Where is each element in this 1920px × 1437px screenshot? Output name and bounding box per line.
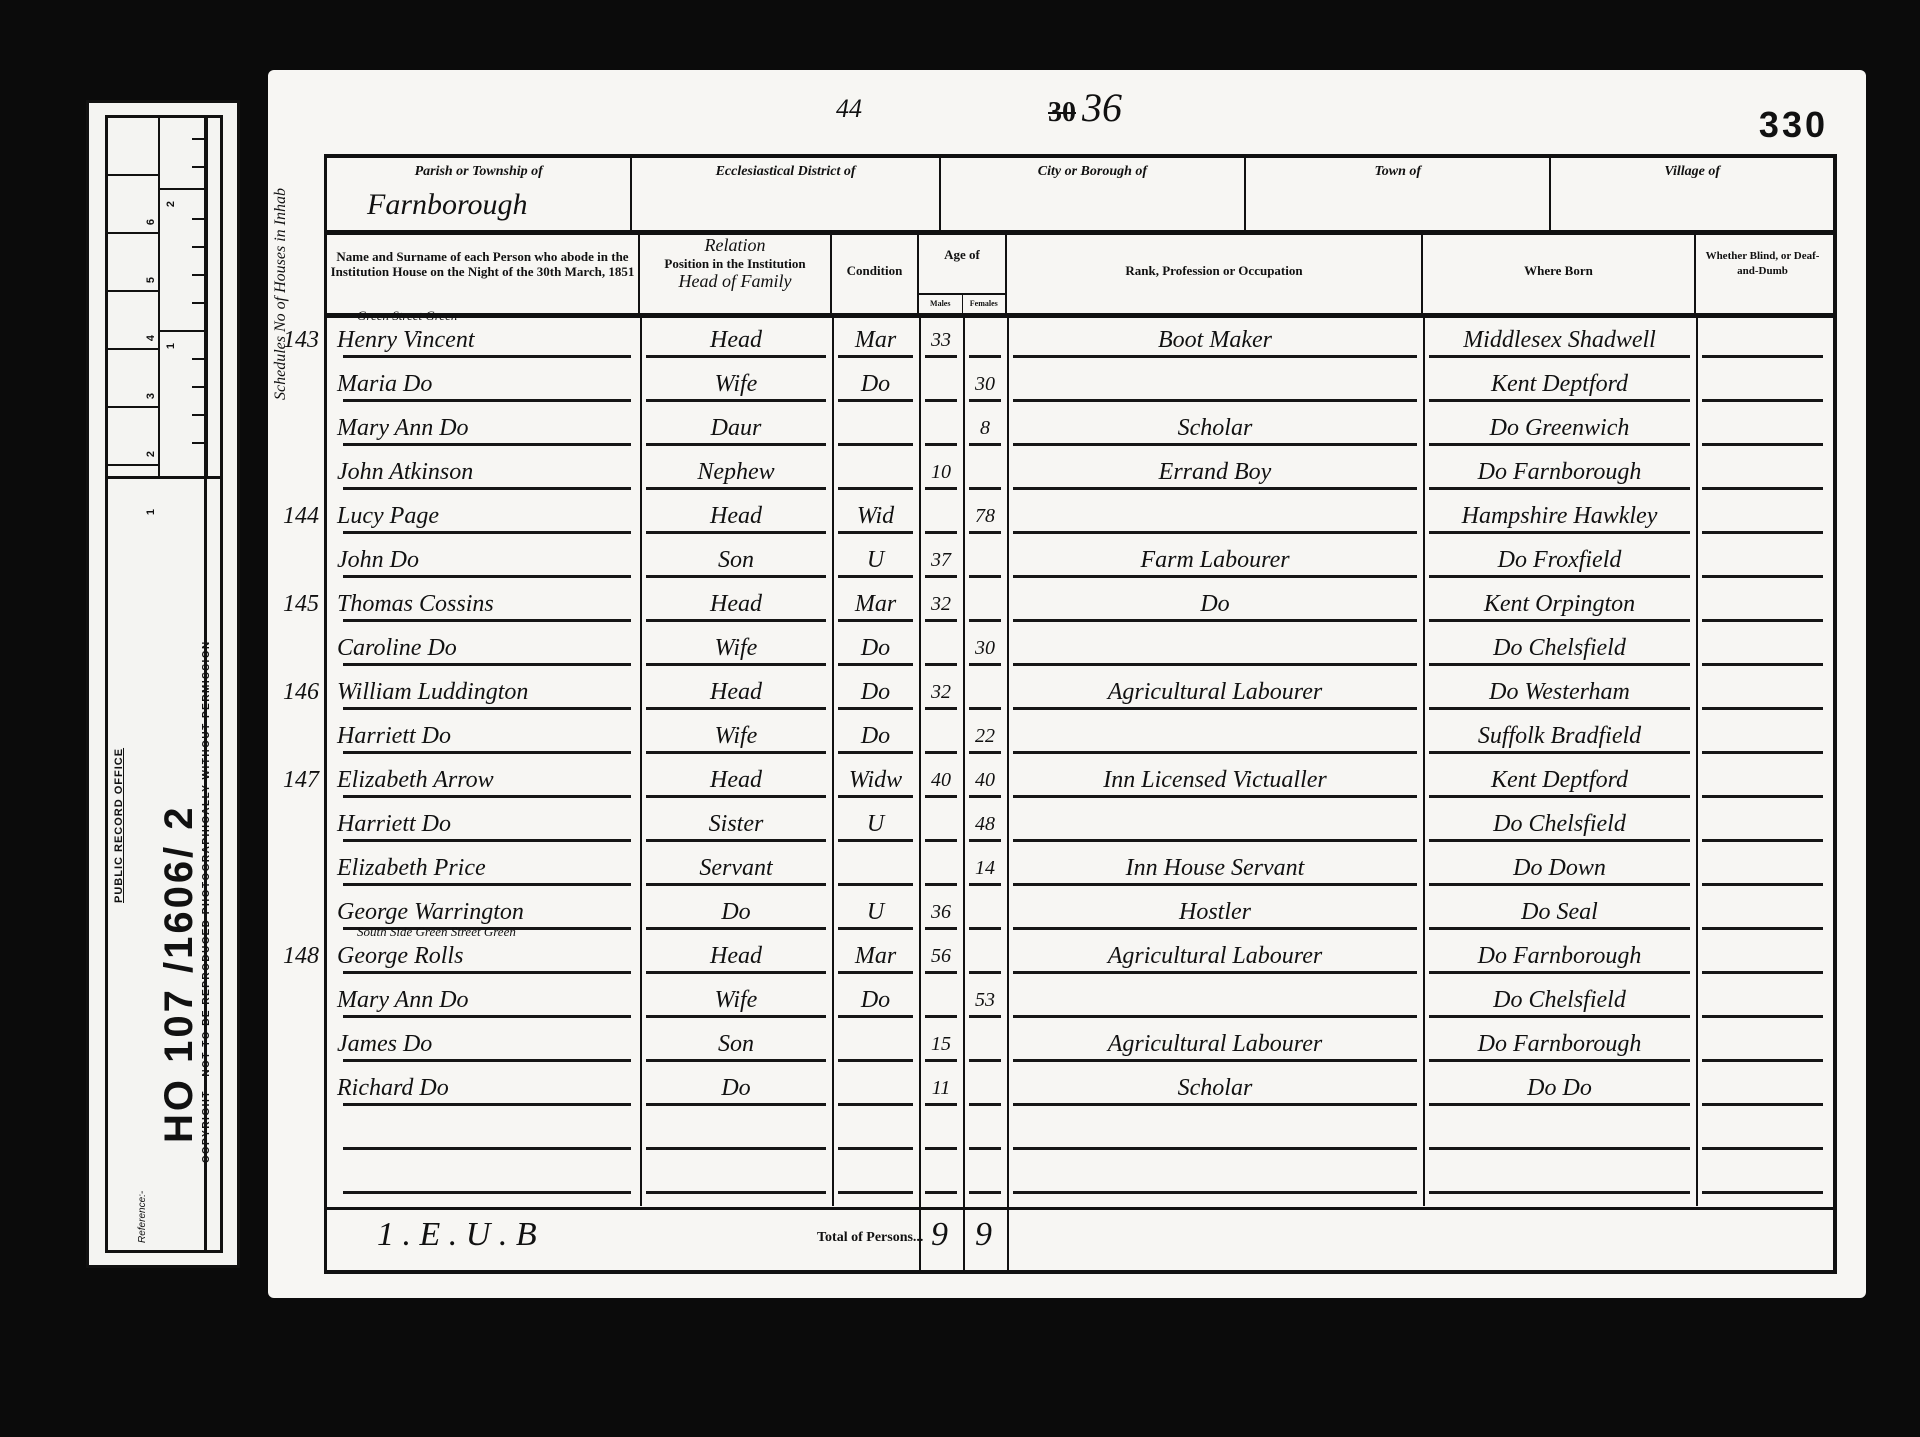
header-age: Age of MalesFemales bbox=[919, 235, 1007, 313]
header-birthplace: Where Born bbox=[1423, 235, 1696, 313]
cell-occupation bbox=[1007, 362, 1423, 406]
cell-name bbox=[337, 1110, 637, 1154]
cell-male-age: 10 bbox=[919, 450, 963, 494]
cell-condition: Do bbox=[832, 714, 919, 758]
cell-blind bbox=[1696, 538, 1829, 582]
folio-handwritten: 36 bbox=[1082, 85, 1122, 130]
location-label: Town of bbox=[1246, 164, 1549, 180]
side-note: Schedules No of Houses in Inhab bbox=[272, 188, 290, 400]
cell-female-age: 30 bbox=[963, 362, 1007, 406]
cell-male-age bbox=[919, 1154, 963, 1198]
cell-name: Harriett Do bbox=[337, 802, 637, 846]
cell-condition bbox=[832, 1110, 919, 1154]
header-blind: Whether Blind, or Deaf-and-Dumb bbox=[1696, 235, 1829, 313]
census-row: Richard DoDo11ScholarDo Do bbox=[327, 1066, 1833, 1110]
cell-birthplace: Do Chelsfield bbox=[1423, 978, 1696, 1022]
census-row: George WarringtonDoU36HostlerDo Seal bbox=[327, 890, 1833, 934]
cell-blind bbox=[1696, 318, 1829, 362]
scale-label: 2 bbox=[165, 201, 177, 207]
cell-female-age bbox=[963, 670, 1007, 714]
scale-label: 3 bbox=[145, 393, 157, 399]
cell-blind bbox=[1696, 1154, 1829, 1198]
cell-male-age: 37 bbox=[919, 538, 963, 582]
cell-condition: U bbox=[832, 890, 919, 934]
cell-blind bbox=[1696, 494, 1829, 538]
cell-male-age: 33 bbox=[919, 318, 963, 362]
census-row bbox=[327, 1154, 1833, 1198]
schedule-number: 146 bbox=[275, 670, 319, 714]
cell-condition: Widw bbox=[832, 758, 919, 802]
cell-blind bbox=[1696, 670, 1829, 714]
census-row: Maria DoWifeDo30Kent Deptford bbox=[327, 362, 1833, 406]
copyright-notice: COPYRIGHT - NOT TO BE REPRODUCED PHOTOGR… bbox=[201, 640, 212, 1163]
cell-relation: Wife bbox=[640, 978, 832, 1022]
scale-label: 2 bbox=[145, 451, 157, 457]
cell-condition bbox=[832, 1154, 919, 1198]
cell-relation: Head bbox=[640, 582, 832, 626]
scale-label: 6 bbox=[145, 219, 157, 225]
cell-blind bbox=[1696, 758, 1829, 802]
cell-relation: Head bbox=[640, 318, 832, 362]
cell-blind bbox=[1696, 934, 1829, 978]
cell-relation: Wife bbox=[640, 362, 832, 406]
cell-relation: Do bbox=[640, 1066, 832, 1110]
cell-blind bbox=[1696, 890, 1829, 934]
cell-occupation: Do bbox=[1007, 582, 1423, 626]
schedule-number: 148 bbox=[275, 934, 319, 978]
cell-relation: Wife bbox=[640, 626, 832, 670]
cell-birthplace: Do Froxfield bbox=[1423, 538, 1696, 582]
cell-female-age: 8 bbox=[963, 406, 1007, 450]
location-field: Parish or Township ofFarnborough bbox=[327, 158, 632, 230]
cell-name: George Rolls bbox=[337, 934, 637, 978]
cell-female-age: 48 bbox=[963, 802, 1007, 846]
location-label: Village of bbox=[1551, 164, 1833, 180]
cell-relation: Head bbox=[640, 670, 832, 714]
census-row: 147Elizabeth ArrowHeadWidw4040Inn Licens… bbox=[327, 758, 1833, 802]
scale-label: 4 bbox=[145, 335, 157, 341]
header-males: Males bbox=[919, 295, 963, 313]
cell-name: James Do bbox=[337, 1022, 637, 1066]
cell-female-age: 22 bbox=[963, 714, 1007, 758]
cell-birthplace: Do Farnborough bbox=[1423, 1022, 1696, 1066]
census-page: 44 3036 330 Schedules No of Houses in In… bbox=[268, 70, 1866, 1298]
header-relation: Relation Position in the Institution Hea… bbox=[640, 235, 832, 313]
census-row: 143Green Street GreenHenry VincentHeadMa… bbox=[327, 318, 1833, 362]
cell-condition: Do bbox=[832, 978, 919, 1022]
location-field: City or Borough of bbox=[941, 158, 1246, 230]
census-row: 144Lucy PageHeadWid78Hampshire Hawkley bbox=[327, 494, 1833, 538]
cell-female-age: 78 bbox=[963, 494, 1007, 538]
cell-male-age: 11 bbox=[919, 1066, 963, 1110]
cell-occupation: Inn House Servant bbox=[1007, 846, 1423, 890]
scale-label: 1 bbox=[145, 509, 157, 515]
reference-number: HO 107 /1606/ 2 bbox=[157, 804, 202, 1143]
cell-condition: Do bbox=[832, 362, 919, 406]
total-males: 9 bbox=[931, 1216, 948, 1254]
cell-occupation: Errand Boy bbox=[1007, 450, 1423, 494]
cell-female-age: 53 bbox=[963, 978, 1007, 1022]
cell-occupation bbox=[1007, 1154, 1423, 1198]
cell-occupation: Inn Licensed Victualler bbox=[1007, 758, 1423, 802]
scale-label: 1 bbox=[165, 343, 177, 349]
cell-male-age: 40 bbox=[919, 758, 963, 802]
location-label: Parish or Township of bbox=[327, 164, 630, 180]
header-occupation: Rank, Profession or Occupation bbox=[1007, 235, 1423, 313]
cell-condition: Mar bbox=[832, 582, 919, 626]
cell-relation: Wife bbox=[640, 714, 832, 758]
cell-relation: Son bbox=[640, 1022, 832, 1066]
cell-name: John Do bbox=[337, 538, 637, 582]
cell-birthplace: Kent Deptford bbox=[1423, 758, 1696, 802]
cell-birthplace: Do Down bbox=[1423, 846, 1696, 890]
cell-female-age: 14 bbox=[963, 846, 1007, 890]
cell-female-age bbox=[963, 1066, 1007, 1110]
schedule-number: 144 bbox=[275, 494, 319, 538]
census-row: Mary Ann DoWifeDo53Do Chelsfield bbox=[327, 978, 1833, 1022]
cell-name: Caroline Do bbox=[337, 626, 637, 670]
cell-male-age bbox=[919, 494, 963, 538]
cell-condition: U bbox=[832, 538, 919, 582]
cell-birthplace: Do Greenwich bbox=[1423, 406, 1696, 450]
cell-condition bbox=[832, 1066, 919, 1110]
header-condition: Condition bbox=[832, 235, 919, 313]
cell-occupation: Hostler bbox=[1007, 890, 1423, 934]
cell-male-age bbox=[919, 626, 963, 670]
cell-name: Mary Ann Do bbox=[337, 978, 637, 1022]
census-row: 148South Side Green Street GreenGeorge R… bbox=[327, 934, 1833, 978]
cell-condition: U bbox=[832, 802, 919, 846]
cell-birthplace: Kent Deptford bbox=[1423, 362, 1696, 406]
cell-birthplace: Do Seal bbox=[1423, 890, 1696, 934]
cell-female-age bbox=[963, 1154, 1007, 1198]
location-label: Ecclesiastical District of bbox=[632, 164, 938, 180]
schedule-number: 143 bbox=[275, 318, 319, 362]
cell-relation: Daur bbox=[640, 406, 832, 450]
scale-ruler-inch: 2 1 bbox=[160, 118, 208, 476]
schedule-number: 147 bbox=[275, 758, 319, 802]
folio-mark: 3036 bbox=[1048, 84, 1122, 131]
cell-relation: Nephew bbox=[640, 450, 832, 494]
cell-condition: Mar bbox=[832, 934, 919, 978]
cell-name: Thomas Cossins bbox=[337, 582, 637, 626]
cell-blind bbox=[1696, 582, 1829, 626]
cell-blind bbox=[1696, 1110, 1829, 1154]
cell-name: William Luddington bbox=[337, 670, 637, 714]
cell-relation: Son bbox=[640, 538, 832, 582]
census-row: Harriett DoWifeDo22Suffolk Bradfield bbox=[327, 714, 1833, 758]
cell-birthplace bbox=[1423, 1154, 1696, 1198]
cell-female-age bbox=[963, 450, 1007, 494]
cell-blind bbox=[1696, 846, 1829, 890]
location-label: City or Borough of bbox=[941, 164, 1244, 180]
location-field: Ecclesiastical District of bbox=[632, 158, 940, 230]
cell-blind bbox=[1696, 978, 1829, 1022]
cell-blind bbox=[1696, 802, 1829, 846]
cell-occupation: Boot Maker bbox=[1007, 318, 1423, 362]
census-row: Caroline DoWifeDo30Do Chelsfield bbox=[327, 626, 1833, 670]
cell-male-age bbox=[919, 978, 963, 1022]
cell-condition: Do bbox=[832, 626, 919, 670]
header-females: Females bbox=[963, 295, 1006, 313]
cell-female-age bbox=[963, 1110, 1007, 1154]
cell-occupation: Scholar bbox=[1007, 406, 1423, 450]
cell-male-age bbox=[919, 1110, 963, 1154]
cell-name: John Atkinson bbox=[337, 450, 637, 494]
cell-female-age bbox=[963, 934, 1007, 978]
cell-birthplace: Do Chelsfield bbox=[1423, 802, 1696, 846]
cell-occupation bbox=[1007, 978, 1423, 1022]
cell-male-age: 15 bbox=[919, 1022, 963, 1066]
cell-female-age bbox=[963, 890, 1007, 934]
cell-birthplace: Do Westerham bbox=[1423, 670, 1696, 714]
cell-relation: Head bbox=[640, 494, 832, 538]
cell-condition: Mar bbox=[832, 318, 919, 362]
cell-female-age bbox=[963, 318, 1007, 362]
census-row: 145Thomas CossinsHeadMar32DoKent Orpingt… bbox=[327, 582, 1833, 626]
cell-blind bbox=[1696, 1066, 1829, 1110]
cell-female-age bbox=[963, 538, 1007, 582]
total-row: 1 . E . U . B Total of Persons... 9 9 bbox=[327, 1207, 1833, 1270]
cell-condition bbox=[832, 450, 919, 494]
cell-birthplace: Do Chelsfield bbox=[1423, 626, 1696, 670]
cell-relation: Servant bbox=[640, 846, 832, 890]
scale-label: 5 bbox=[145, 277, 157, 283]
cell-male-age: 32 bbox=[919, 670, 963, 714]
schedule-number: 145 bbox=[275, 582, 319, 626]
cell-blind bbox=[1696, 450, 1829, 494]
cell-male-age bbox=[919, 406, 963, 450]
record-office-label: PUBLIC RECORD OFFICE bbox=[113, 748, 125, 903]
census-row bbox=[327, 1110, 1833, 1154]
census-row: Mary Ann DoDaur8ScholarDo Greenwich bbox=[327, 406, 1833, 450]
cell-male-age bbox=[919, 362, 963, 406]
cell-occupation: Farm Labourer bbox=[1007, 538, 1423, 582]
cell-relation bbox=[640, 1110, 832, 1154]
cell-male-age bbox=[919, 846, 963, 890]
cell-female-age bbox=[963, 1022, 1007, 1066]
census-row: Elizabeth PriceServant14Inn House Servan… bbox=[327, 846, 1833, 890]
cell-male-age: 56 bbox=[919, 934, 963, 978]
location-value: Farnborough bbox=[367, 188, 528, 222]
cell-name: Mary Ann Do bbox=[337, 406, 637, 450]
cell-birthplace: Do Do bbox=[1423, 1066, 1696, 1110]
cell-birthplace bbox=[1423, 1110, 1696, 1154]
cell-birthplace: Suffolk Bradfield bbox=[1423, 714, 1696, 758]
cell-name bbox=[337, 1154, 637, 1198]
census-row: John AtkinsonNephew10Errand BoyDo Farnbo… bbox=[327, 450, 1833, 494]
cell-occupation bbox=[1007, 1110, 1423, 1154]
header-name: Name and Surname of each Person who abod… bbox=[327, 235, 640, 313]
cell-male-age: 36 bbox=[919, 890, 963, 934]
page-mark: 44 bbox=[836, 94, 862, 124]
cell-relation: Do bbox=[640, 890, 832, 934]
cell-birthplace: Do Farnborough bbox=[1423, 450, 1696, 494]
scale-ruler-cm: 6 5 4 3 2 1 bbox=[108, 118, 160, 476]
total-label: Total of Persons... bbox=[817, 1230, 923, 1246]
cell-blind bbox=[1696, 714, 1829, 758]
census-row: Harriett DoSisterU48Do Chelsfield bbox=[327, 802, 1833, 846]
cell-female-age: 40 bbox=[963, 758, 1007, 802]
cell-relation bbox=[640, 1154, 832, 1198]
census-row: John DoSonU37Farm LabourerDo Froxfield bbox=[327, 538, 1833, 582]
cell-condition bbox=[832, 406, 919, 450]
cell-occupation: Agricultural Labourer bbox=[1007, 670, 1423, 714]
cell-male-age: 32 bbox=[919, 582, 963, 626]
cell-birthplace: Kent Orpington bbox=[1423, 582, 1696, 626]
census-row: 146William LuddingtonHeadDo32Agricultura… bbox=[327, 670, 1833, 714]
cell-blind bbox=[1696, 626, 1829, 670]
cell-relation: Sister bbox=[640, 802, 832, 846]
cell-blind bbox=[1696, 362, 1829, 406]
cell-condition: Do bbox=[832, 670, 919, 714]
cell-occupation: Agricultural Labourer bbox=[1007, 1022, 1423, 1066]
location-field: Village of bbox=[1551, 158, 1833, 230]
cell-relation: Head bbox=[640, 758, 832, 802]
cell-occupation bbox=[1007, 626, 1423, 670]
total-females: 9 bbox=[975, 1216, 992, 1254]
cell-occupation bbox=[1007, 714, 1423, 758]
census-table: Parish or Township ofFarnboroughEcclesia… bbox=[324, 154, 1837, 1274]
cell-name: Elizabeth Arrow bbox=[337, 758, 637, 802]
cell-name: Harriett Do bbox=[337, 714, 637, 758]
cell-occupation: Scholar bbox=[1007, 1066, 1423, 1110]
cell-name: Maria Do bbox=[337, 362, 637, 406]
cell-occupation bbox=[1007, 802, 1423, 846]
cell-condition: Wid bbox=[832, 494, 919, 538]
folio-number: 330 bbox=[1759, 104, 1828, 146]
cell-name: Richard Do bbox=[337, 1066, 637, 1110]
location-header: Parish or Township ofFarnboroughEcclesia… bbox=[327, 158, 1833, 235]
cell-condition bbox=[832, 846, 919, 890]
census-row: James DoSon15Agricultural LabourerDo Far… bbox=[327, 1022, 1833, 1066]
column-headers: Name and Surname of each Person who abod… bbox=[327, 235, 1833, 318]
cell-name: Henry Vincent bbox=[337, 318, 637, 362]
cell-name: Lucy Page bbox=[337, 494, 637, 538]
cell-female-age bbox=[963, 582, 1007, 626]
cell-male-age bbox=[919, 802, 963, 846]
cell-female-age: 30 bbox=[963, 626, 1007, 670]
location-field: Town of bbox=[1246, 158, 1551, 230]
cell-relation: Head bbox=[640, 934, 832, 978]
cell-birthplace: Middlesex Shadwell bbox=[1423, 318, 1696, 362]
enumerator-code: 1 . E . U . B bbox=[377, 1216, 537, 1254]
cell-name: Elizabeth Price bbox=[337, 846, 637, 890]
cell-birthplace: Hampshire Hawkley bbox=[1423, 494, 1696, 538]
cell-male-age bbox=[919, 714, 963, 758]
cell-condition bbox=[832, 1022, 919, 1066]
struck-number: 30 bbox=[1048, 97, 1076, 128]
cell-blind bbox=[1696, 1022, 1829, 1066]
cell-occupation: Agricultural Labourer bbox=[1007, 934, 1423, 978]
reference-slip: 6 5 4 3 2 1 2 1 PUBLIC RECORD OFFICE HO … bbox=[86, 100, 240, 1268]
cell-occupation bbox=[1007, 494, 1423, 538]
reference-label: Reference:- bbox=[137, 1191, 148, 1243]
cell-blind bbox=[1696, 406, 1829, 450]
cell-birthplace: Do Farnborough bbox=[1423, 934, 1696, 978]
